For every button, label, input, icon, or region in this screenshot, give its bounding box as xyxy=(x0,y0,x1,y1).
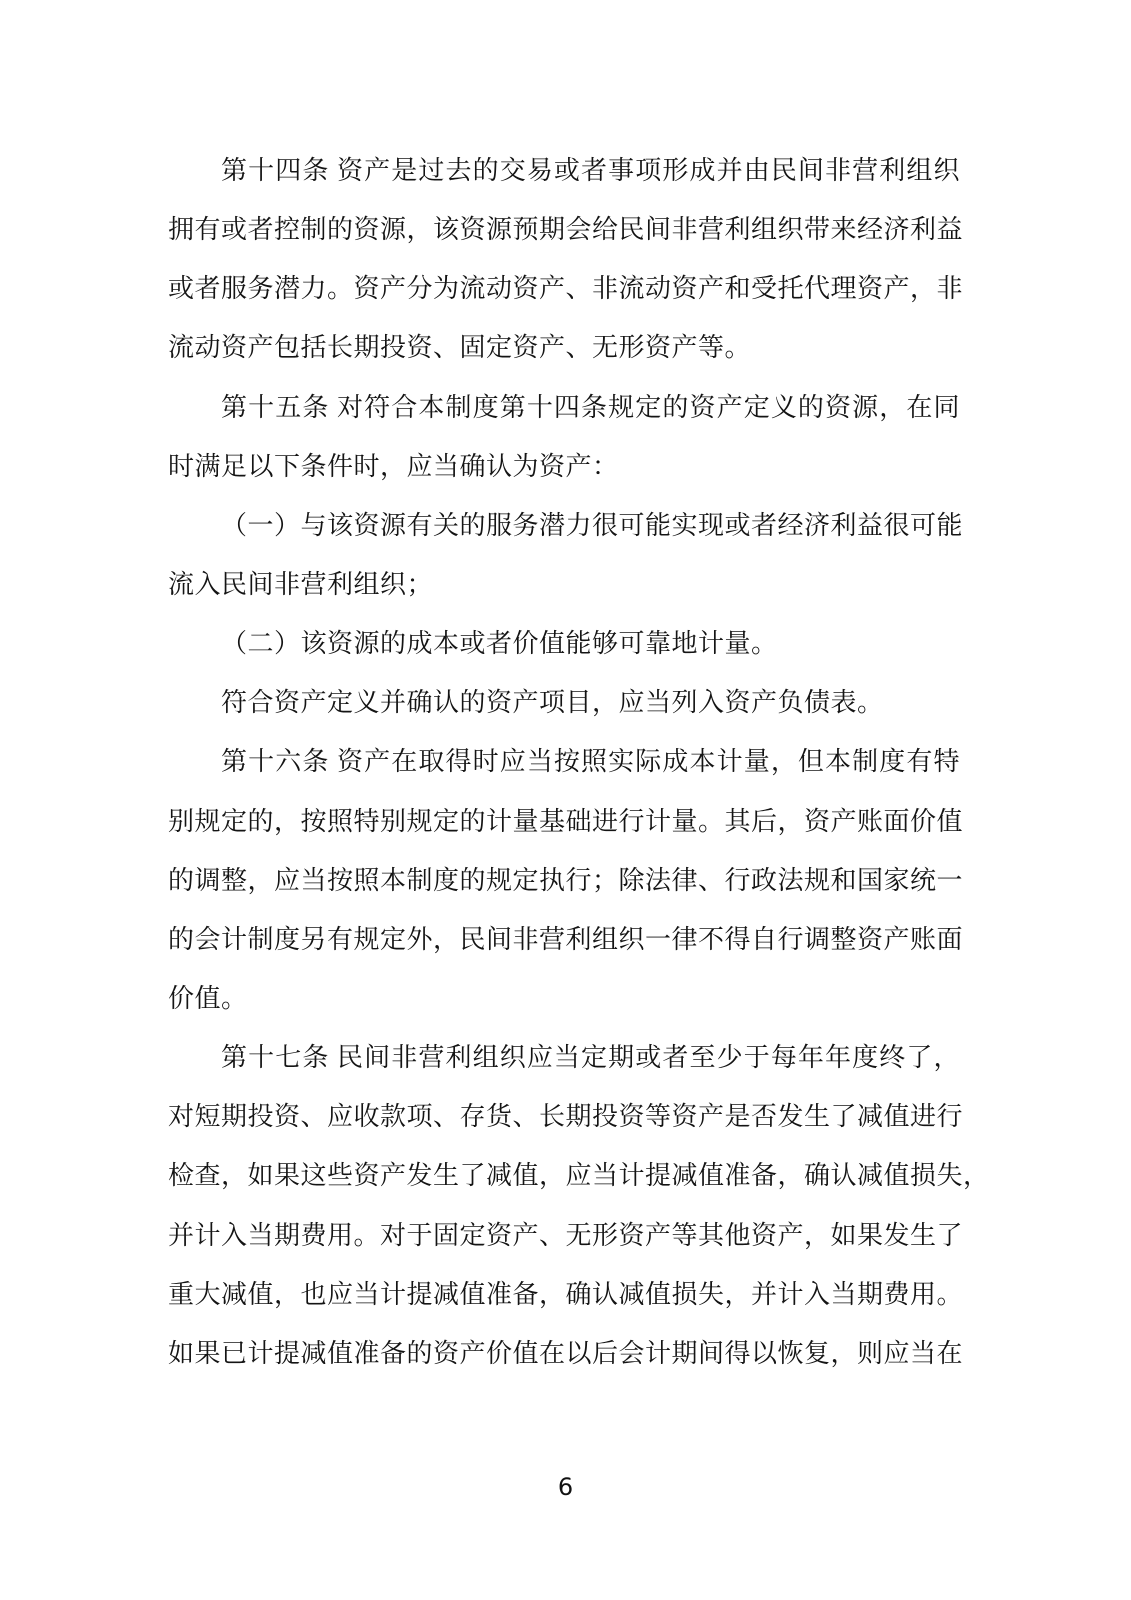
text-line: 价值。 xyxy=(168,969,960,1028)
text-line: 第十六条 资产在取得时应当按照实际成本计量，但本制度有特 xyxy=(168,732,960,791)
document-page: 第十四条 资产是过去的交易或者事项形成并由民间非营利组织拥有或者控制的资源，该资… xyxy=(0,0,1131,1600)
text-line: 拥有或者控制的资源，该资源预期会给民间非营利组织带来经济利益 xyxy=(168,200,960,259)
paragraph-article-15-closing: 符合资产定义并确认的资产项目，应当列入资产负债表。 xyxy=(168,673,960,732)
text-line: 别规定的，按照特别规定的计量基础进行计量。其后，资产账面价值 xyxy=(168,792,960,851)
paragraph-article-17: 第十七条 民间非营利组织应当定期或者至少于每年年度终了，对短期投资、应收款项、存… xyxy=(168,1028,960,1383)
text-line: 的会计制度另有规定外，民间非营利组织一律不得自行调整资产账面 xyxy=(168,910,960,969)
paragraph-article-15-item-1: （一）与该资源有关的服务潜力很可能实现或者经济利益很可能流入民间非营利组织； xyxy=(168,496,960,614)
text-line: 第十七条 民间非营利组织应当定期或者至少于每年年度终了， xyxy=(168,1028,960,1087)
document-body: 第十四条 资产是过去的交易或者事项形成并由民间非营利组织拥有或者控制的资源，该资… xyxy=(168,141,960,1383)
text-line: 检查，如果这些资产发生了减值，应当计提减值准备，确认减值损失， xyxy=(168,1146,960,1205)
text-line: （一）与该资源有关的服务潜力很可能实现或者经济利益很可能 xyxy=(168,496,960,555)
text-line: （二）该资源的成本或者价值能够可靠地计量。 xyxy=(168,614,960,673)
text-line: 流入民间非营利组织； xyxy=(168,555,960,614)
paragraph-article-15-item-2: （二）该资源的成本或者价值能够可靠地计量。 xyxy=(168,614,960,673)
text-line: 的调整，应当按照本制度的规定执行；除法律、行政法规和国家统一 xyxy=(168,851,960,910)
paragraph-article-14: 第十四条 资产是过去的交易或者事项形成并由民间非营利组织拥有或者控制的资源，该资… xyxy=(168,141,960,378)
text-line: 符合资产定义并确认的资产项目，应当列入资产负债表。 xyxy=(168,673,960,732)
text-line: 并计入当期费用。对于固定资产、无形资产等其他资产，如果发生了 xyxy=(168,1206,960,1265)
text-line: 或者服务潜力。资产分为流动资产、非流动资产和受托代理资产，非 xyxy=(168,259,960,318)
text-line: 第十五条 对符合本制度第十四条规定的资产定义的资源，在同 xyxy=(168,378,960,437)
text-line: 流动资产包括长期投资、固定资产、无形资产等。 xyxy=(168,318,960,377)
paragraph-article-16: 第十六条 资产在取得时应当按照实际成本计量，但本制度有特别规定的，按照特别规定的… xyxy=(168,732,960,1028)
text-line: 时满足以下条件时，应当确认为资产： xyxy=(168,437,960,496)
text-line: 重大减值，也应当计提减值准备，确认减值损失，并计入当期费用。 xyxy=(168,1265,960,1324)
text-line: 第十四条 资产是过去的交易或者事项形成并由民间非营利组织 xyxy=(168,141,960,200)
paragraph-article-15: 第十五条 对符合本制度第十四条规定的资产定义的资源，在同时满足以下条件时，应当确… xyxy=(168,378,960,496)
text-line: 如果已计提减值准备的资产价值在以后会计期间得以恢复，则应当在 xyxy=(168,1324,960,1383)
page-number: 6 xyxy=(0,1472,1131,1502)
text-line: 对短期投资、应收款项、存货、长期投资等资产是否发生了减值进行 xyxy=(168,1087,960,1146)
